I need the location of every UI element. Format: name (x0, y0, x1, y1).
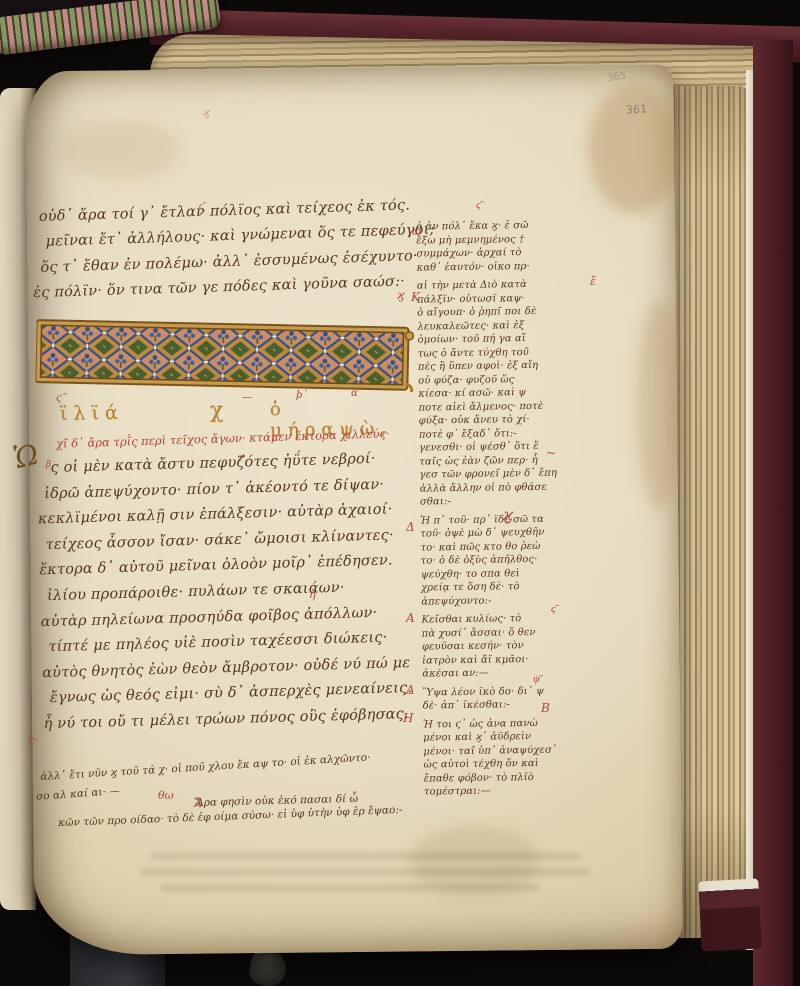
heading-book-letter: χ (210, 398, 230, 423)
red-margin-letter: Α (406, 611, 415, 625)
red-flourish: ϗ (503, 505, 513, 524)
scholia-line: δὲ· ἀπ᾽ ϊκέσθαι:- (423, 696, 649, 713)
cover-right (753, 40, 793, 986)
red-margin-letter: Β (541, 701, 550, 715)
red-heading-accent: ϛ῀ (56, 393, 67, 404)
red-gloss: ~ (546, 446, 556, 460)
red-margin-letter: ϗ· (27, 733, 38, 747)
red-margin-letter: Η (403, 711, 413, 725)
red-heading-accent: — (242, 392, 252, 403)
red-heading-accent: ϸ´ (296, 390, 307, 401)
verse-block-book21-end: οὐδ᾽ ἄρα τοί γ᾽ ἔτλαν πόλϊος καὶ τείχεος… (38, 193, 421, 307)
red-gloss: θω (158, 789, 174, 802)
red-gloss: ε͂ (239, 453, 243, 464)
red-heading-accent: ἂ´ (351, 388, 363, 399)
verse-block-book22: ς οἱ μὲν κατὰ ἄστυ πεφυζότες ἠΰτε νεβροί… (36, 446, 424, 738)
red-gloss: ϗ (397, 288, 404, 302)
scholia-line: ἀπεψύχοντο:- (421, 592, 647, 609)
scholia-column: ὁ ἀν πόλ᾽ ἔκα ϗ· ἑ σῶἔξω μὴ μεμνημένος †… (416, 217, 650, 799)
red-gloss: ϛ͂ (476, 198, 481, 211)
red-offset-mark: ϗ (203, 106, 210, 119)
show-through-text (140, 868, 590, 876)
red-gloss: β (46, 460, 51, 470)
red-gloss: Ἄ (194, 797, 202, 810)
red-gloss: ἡ (309, 588, 316, 601)
manuscript-photo: 365 361 οὐδ᾽ ἄρα τοί γ᾽ ἔτλαν πόλϊος καὶ… (0, 0, 800, 986)
red-margin-letter: Κ (411, 290, 420, 304)
show-through-text (150, 852, 580, 860)
red-gloss: ψ͂ (533, 672, 540, 685)
red-margin-letter: ω (412, 225, 421, 238)
scholia-line: καθ᾽ ἑαυτόν· οἰκο πρ· (417, 258, 643, 275)
red-gloss: ἕ (590, 275, 596, 288)
red-margin-letter: Δ (406, 520, 415, 534)
cover-bottom-corner (698, 878, 762, 951)
heading-title: ϊλϊά (60, 402, 124, 425)
headpiece-band (35, 318, 414, 392)
show-through-text (160, 884, 540, 892)
red-margin-letter: Δ (406, 683, 415, 697)
parchment-stain (60, 120, 180, 180)
book-heading: ϊλϊά χ ὁ μήραψὼ, (42, 395, 414, 431)
red-gloss: ϛ͂ (551, 602, 556, 615)
red-gloss: ϛ͂ (199, 201, 203, 212)
folio-number: 361 (626, 102, 648, 116)
